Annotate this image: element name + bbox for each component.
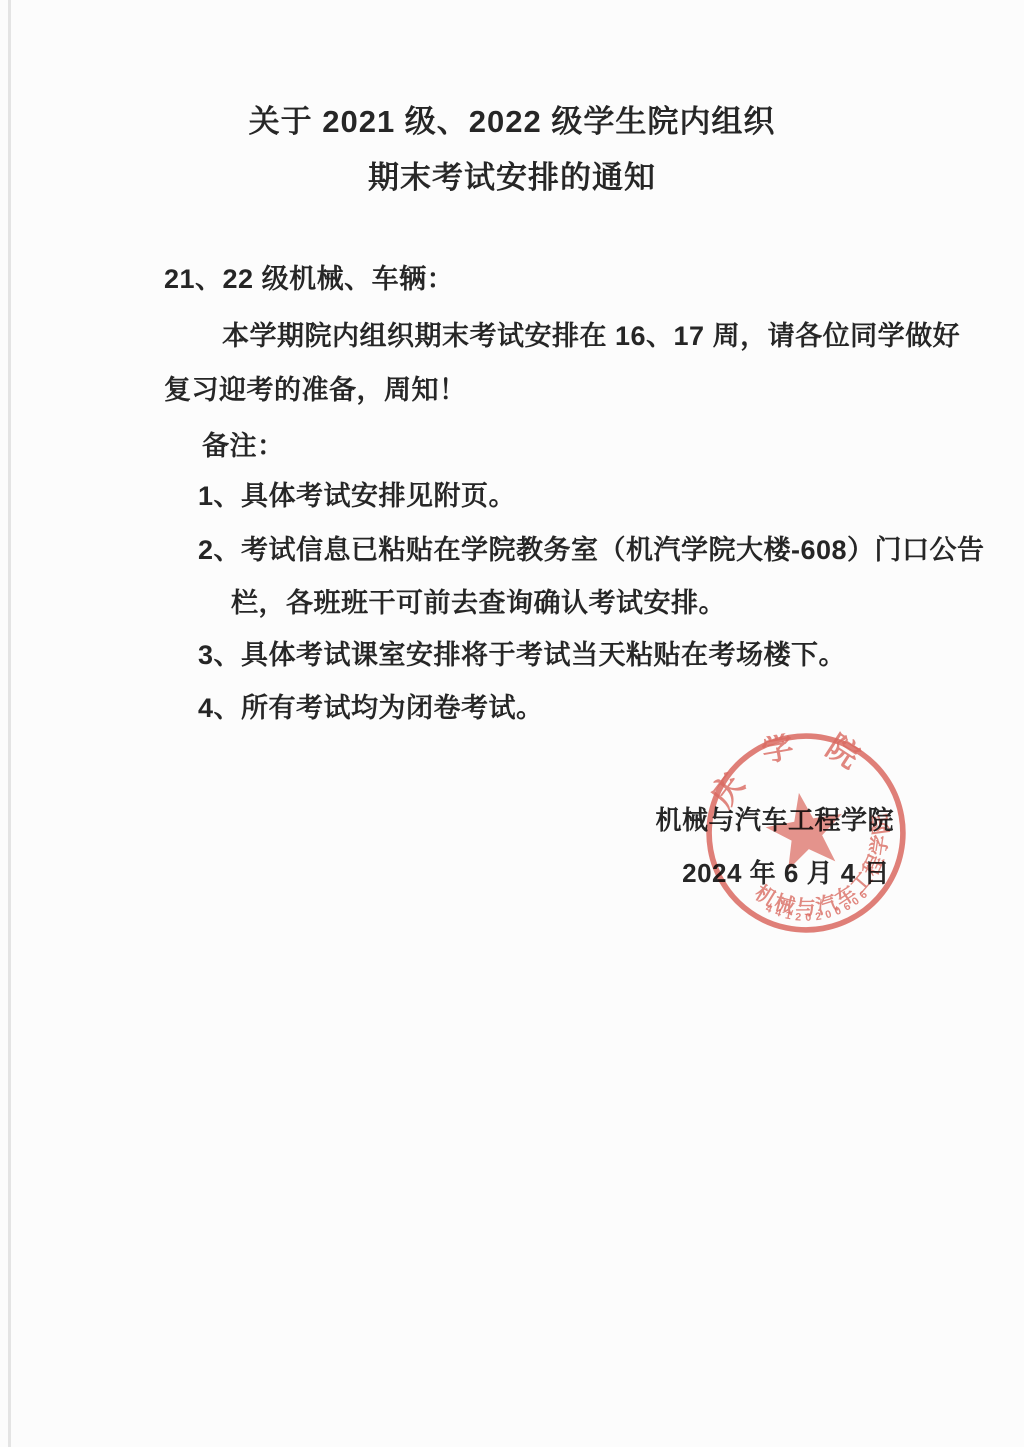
paragraph-line2: 复习迎考的准备，周知！ (164, 368, 467, 407)
scan-edge-artifact (8, 0, 11, 1447)
salutation: 21、22 级机械、车辆： (164, 257, 454, 296)
scanned-notice-page: 关于 2021 级、2022 级学生院内组织 期末考试安排的通知 21、22 级… (0, 0, 1024, 1447)
seal-graphic: 庆学院 机械与汽车工程学院 44120200606 (688, 715, 924, 951)
notes-label: 备注： (202, 424, 285, 463)
note-item-3: 3、具体考试课室安排将于考试当天粘贴在考场楼下。 (198, 633, 846, 672)
notice-title-line1: 关于 2021 级、2022 级学生院内组织 (0, 94, 1024, 150)
seal-star-icon (761, 786, 850, 872)
paragraph-line1: 本学期院内组织期末考试安排在 16、17 周，请各位同学做好 (222, 314, 960, 353)
note-item-1: 1、具体考试安排见附页。 (198, 474, 516, 513)
note-item-2-line1: 2、考试信息已粘贴在学院教务室（机汽学院大楼-608）门口公告 (198, 528, 985, 567)
note-item-4: 4、所有考试均为闭卷考试。 (198, 686, 544, 725)
note-item-2-line2: 栏，各班班干可前去查询确认考试安排。 (231, 581, 726, 620)
seal-arc-top-text: 庆学院 (695, 715, 893, 818)
notice-title: 关于 2021 级、2022 级学生院内组织 期末考试安排的通知 (0, 94, 1024, 206)
svg-text:庆学院: 庆学院 (695, 715, 893, 818)
official-seal-stamp: 庆学院 机械与汽车工程学院 44120200606 (704, 731, 908, 935)
notice-title-line2: 期末考试安排的通知 (0, 150, 1024, 206)
